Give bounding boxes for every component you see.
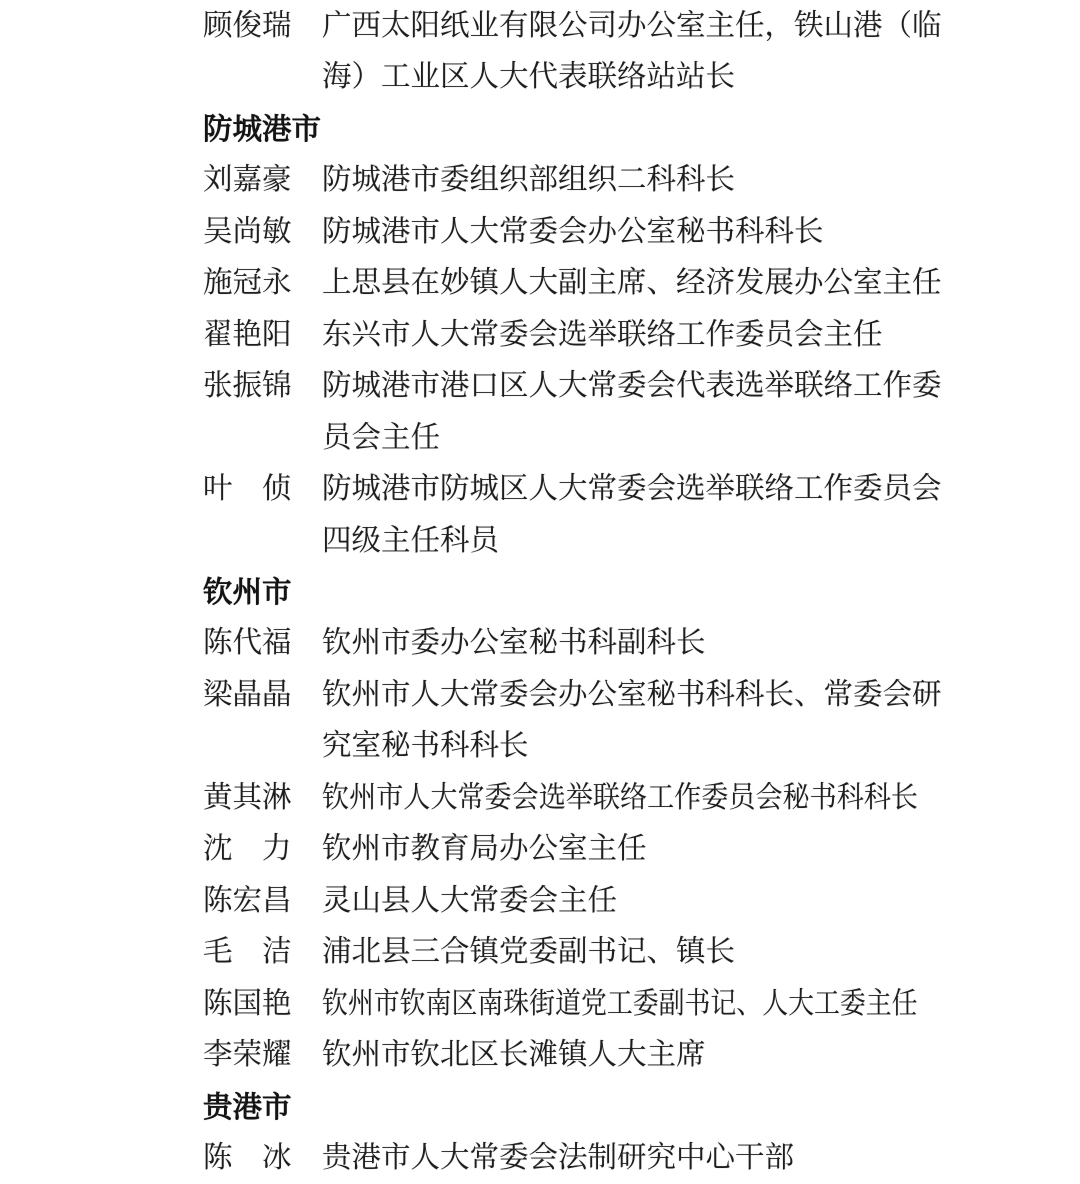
person-position: 钦州市钦南区南珠街道党工委副书记、人大工委主任: [322, 979, 944, 1030]
list-item: 刘嘉豪防城港市委组织部组织二科科长: [203, 155, 948, 206]
person-name: 李荣耀: [203, 1030, 292, 1081]
person-position: 钦州市人大常委会选举联络工作委员会秘书科科长: [322, 773, 944, 824]
city-heading-text: 钦州市: [203, 567, 292, 618]
list-item: 陈国艳钦州市钦南区南珠街道党工委副书记、人大工委主任: [203, 979, 948, 1030]
person-position: 防城港市委组织部组织二科科长: [322, 155, 944, 206]
person-position: 钦州市人大常委会办公室秘书科科长、常委会研究室秘书科科长: [322, 670, 944, 773]
person-name: 叶 侦: [203, 464, 292, 515]
position-line: 究室秘书科科长: [322, 721, 944, 772]
document-body: 顾俊瑞广西太阳纸业有限公司办公室主任，铁山港（临海）工业区人大代表联络站站长防城…: [203, 1, 948, 1184]
city-heading-text: 贵港市: [203, 1082, 292, 1133]
position-line: 防城港市防城区人大常委会选举联络工作委员会: [322, 464, 944, 515]
person-position: 防城港市防城区人大常委会选举联络工作委员会四级主任科员: [322, 464, 944, 567]
list-item: 陈宏昌灵山县人大常委会主任: [203, 876, 948, 927]
person-name: 施冠永: [203, 258, 292, 309]
document-page: 顾俊瑞广西太阳纸业有限公司办公室主任，铁山港（临海）工业区人大代表联络站站长防城…: [0, 0, 1080, 1184]
person-position: 东兴市人大常委会选举联络工作委员会主任: [322, 310, 944, 361]
person-name: 梁晶晶: [203, 670, 292, 721]
list-item: 梁晶晶钦州市人大常委会办公室秘书科科长、常委会研究室秘书科科长: [203, 670, 948, 773]
list-item: 顾俊瑞广西太阳纸业有限公司办公室主任，铁山港（临海）工业区人大代表联络站站长: [203, 1, 948, 104]
list-item: 翟艳阳东兴市人大常委会选举联络工作委员会主任: [203, 310, 948, 361]
list-item: 施冠永上思县在妙镇人大副主席、经济发展办公室主任: [203, 258, 948, 309]
position-line: 广西太阳纸业有限公司办公室主任，铁山港（临: [322, 1, 944, 52]
list-item: 叶 侦防城港市防城区人大常委会选举联络工作委员会四级主任科员: [203, 464, 948, 567]
position-line: 防城港市人大常委会办公室秘书科科长: [322, 207, 944, 258]
position-line: 灵山县人大常委会主任: [322, 876, 944, 927]
position-line: 钦州市人大常委会办公室秘书科科长、常委会研: [322, 670, 944, 721]
position-line: 钦州市钦北区长滩镇人大主席: [322, 1030, 944, 1081]
list-item: 吴尚敏防城港市人大常委会办公室秘书科科长: [203, 207, 948, 258]
person-position: 钦州市钦北区长滩镇人大主席: [322, 1030, 944, 1081]
position-line: 东兴市人大常委会选举联络工作委员会主任: [322, 310, 944, 361]
list-item: 沈 力钦州市教育局办公室主任: [203, 824, 948, 875]
person-position: 防城港市港口区人大常委会代表选举联络工作委员会主任: [322, 361, 944, 464]
person-name: 顾俊瑞: [203, 1, 292, 52]
position-line: 海）工业区人大代表联络站站长: [322, 52, 944, 103]
position-line: 钦州市钦南区南珠街道党工委副书记、人大工委主任: [322, 979, 868, 1030]
person-position: 贵港市人大常委会法制研究中心干部: [322, 1133, 944, 1184]
person-position: 上思县在妙镇人大副主席、经济发展办公室主任: [322, 258, 944, 309]
person-position: 钦州市教育局办公室主任: [322, 824, 944, 875]
person-name: 沈 力: [203, 824, 292, 875]
person-name: 张振锦: [203, 361, 292, 412]
position-line: 钦州市人大常委会选举联络工作委员会秘书科科长: [322, 773, 893, 824]
person-name: 吴尚敏: [203, 207, 292, 258]
position-line: 员会主任: [322, 413, 944, 464]
person-name: 刘嘉豪: [203, 155, 292, 206]
position-line: 四级主任科员: [322, 516, 944, 567]
list-item: 黄其淋钦州市人大常委会选举联络工作委员会秘书科科长: [203, 773, 948, 824]
person-name: 黄其淋: [203, 773, 292, 824]
city-heading: 钦州市: [203, 567, 948, 618]
person-name: 毛 洁: [203, 927, 292, 978]
person-position: 广西太阳纸业有限公司办公室主任，铁山港（临海）工业区人大代表联络站站长: [322, 1, 944, 104]
position-line: 上思县在妙镇人大副主席、经济发展办公室主任: [322, 258, 944, 309]
city-heading: 防城港市: [203, 104, 948, 155]
person-position: 浦北县三合镇党委副书记、镇长: [322, 927, 944, 978]
person-name: 陈国艳: [203, 979, 292, 1030]
person-name: 陈宏昌: [203, 876, 292, 927]
list-item: 张振锦防城港市港口区人大常委会代表选举联络工作委员会主任: [203, 361, 948, 464]
city-heading-text: 防城港市: [203, 104, 321, 155]
list-item: 李荣耀钦州市钦北区长滩镇人大主席: [203, 1030, 948, 1081]
city-heading: 贵港市: [203, 1082, 948, 1133]
list-item: 毛 洁浦北县三合镇党委副书记、镇长: [203, 927, 948, 978]
person-name: 陈代福: [203, 618, 292, 669]
list-item: 陈 冰贵港市人大常委会法制研究中心干部: [203, 1133, 948, 1184]
position-line: 浦北县三合镇党委副书记、镇长: [322, 927, 944, 978]
person-position: 灵山县人大常委会主任: [322, 876, 944, 927]
position-line: 钦州市教育局办公室主任: [322, 824, 944, 875]
person-position: 钦州市委办公室秘书科副科长: [322, 618, 944, 669]
position-line: 防城港市委组织部组织二科科长: [322, 155, 944, 206]
person-position: 防城港市人大常委会办公室秘书科科长: [322, 207, 944, 258]
position-line: 防城港市港口区人大常委会代表选举联络工作委: [322, 361, 944, 412]
list-item: 陈代福钦州市委办公室秘书科副科长: [203, 618, 948, 669]
person-name: 翟艳阳: [203, 310, 292, 361]
position-line: 钦州市委办公室秘书科副科长: [322, 618, 944, 669]
position-line: 贵港市人大常委会法制研究中心干部: [322, 1133, 944, 1184]
person-name: 陈 冰: [203, 1133, 292, 1184]
